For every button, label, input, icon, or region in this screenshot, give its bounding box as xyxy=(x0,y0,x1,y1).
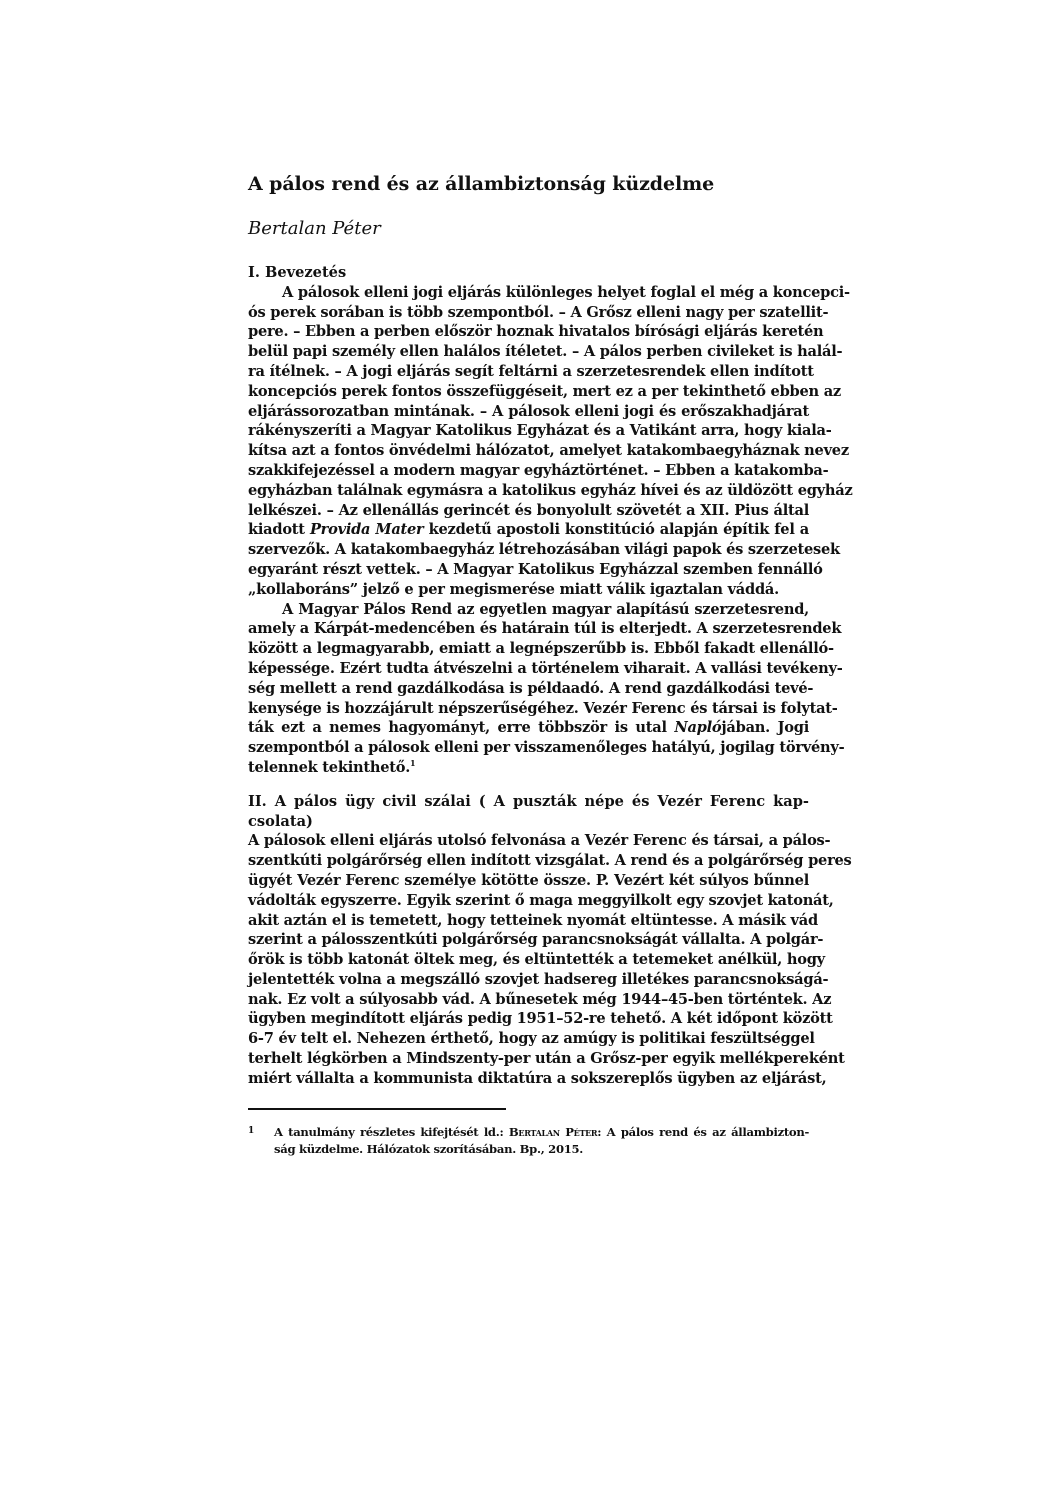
cited-author: Bertalan Péter xyxy=(509,1125,597,1139)
paragraph: A Magyar Pálos Rend az egyetlen magyar a… xyxy=(248,600,809,778)
text-line: ós perek sorában is több szempontból. – … xyxy=(248,303,809,323)
text-line: ügyét Vezér Ferenc személye kötötte össz… xyxy=(248,871,809,891)
text-line: között a legmagyarabb, emiatt a legnépsz… xyxy=(248,639,809,659)
text-line: amely a Kárpát-medencében és határain tú… xyxy=(248,619,809,639)
text-line: csolata) xyxy=(248,812,809,832)
text-line: 6-7 év telt el. Nehezen érthető, hogy az… xyxy=(248,1029,809,1049)
text-line: képessége. Ezért tudta átvészelni a tört… xyxy=(248,659,809,679)
text-line: egyaránt részt vettek. – A Magyar Katoli… xyxy=(248,560,809,580)
text-line: szervezők. A katakombaegyház létrehozásá… xyxy=(248,540,809,560)
section-civil-threads: II. A pálos ügy civil szálai ( A puszták… xyxy=(248,792,809,1089)
text-line: terhelt légkörben a Mindszenty-per után … xyxy=(248,1049,809,1069)
text-line: „kollaboráns” jelző e per megismerése mi… xyxy=(248,580,809,600)
text-line: szakkifejezéssel a modern magyar egyházt… xyxy=(248,461,809,481)
text-line: ügyben megindított eljárás pedig 1951–52… xyxy=(248,1009,809,1029)
text-line: ra ítélnek. – A jogi eljárás segít feltá… xyxy=(248,362,809,382)
footnote-number: 1 xyxy=(248,1124,274,1158)
text-line: ták ezt a nemes hagyományt, erre többszö… xyxy=(248,718,809,738)
footnote-divider xyxy=(248,1108,506,1110)
text-line: jelentették volna a megszálló szovjet ha… xyxy=(248,970,809,990)
paragraph: A pálosok elleni eljárás utolsó felvonás… xyxy=(248,831,809,1088)
footnote-text: A tanulmány részletes kifejtését ld.: Be… xyxy=(274,1124,809,1158)
text-line: szentkúti polgárőrség ellen indított viz… xyxy=(248,851,809,871)
text-line: kenysége is hozzájárult népszerűségéhez.… xyxy=(248,699,809,719)
text-line: egyházban találnak egymásra a katolikus … xyxy=(248,481,809,501)
paragraph: A pálosok elleni jogi eljárás különleges… xyxy=(248,283,809,600)
text-line: telennek tekinthető.1 xyxy=(248,758,809,778)
text-line: szempontból a pálosok elleni per visszam… xyxy=(248,738,809,758)
article-title: A pálos rend és az állambiztonság küzdel… xyxy=(248,170,809,198)
text-line: rákényszeríti a Magyar Katolikus Egyháza… xyxy=(248,421,809,441)
text-line: nak. Ez volt a súlyosabb vád. A bűnesete… xyxy=(248,990,809,1010)
text-line: vádolták egyszerre. Egyik szerint ő maga… xyxy=(248,891,809,911)
text-line: A pálosok elleni jogi eljárás különleges… xyxy=(248,283,809,303)
text-line: miért vállalta a kommunista diktatúra a … xyxy=(248,1069,809,1089)
article-author: Bertalan Péter xyxy=(248,216,809,242)
text-line: akit aztán el is temetett, hogy tetteine… xyxy=(248,911,809,931)
text-line: II. A pálos ügy civil szálai ( A puszták… xyxy=(248,792,809,812)
document-page: A pálos rend és az állambiztonság küzdel… xyxy=(248,170,809,1158)
text-line: A pálosok elleni eljárás utolsó felvonás… xyxy=(248,831,809,851)
text-line: őrök is több katonát öltek meg, és eltün… xyxy=(248,950,809,970)
text-line: kítsa azt a fontos önvédelmi hálózatot, … xyxy=(248,441,809,461)
text-line: belül papi személy ellen halálos ítélete… xyxy=(248,342,809,362)
footnote: 1 A tanulmány részletes kifejtését ld.: … xyxy=(248,1124,809,1158)
text-line: kiadott Provida Mater kezdetű apostoli k… xyxy=(248,520,809,540)
text-line: ség mellett a rend gazdálkodása is példa… xyxy=(248,679,809,699)
section-heading: I. Bevezetés xyxy=(248,263,809,283)
text-line: koncepciós perek fontos összefüggéseit, … xyxy=(248,382,809,402)
footnote-ref[interactable]: 1 xyxy=(410,758,415,768)
text-line: A Magyar Pálos Rend az egyetlen magyar a… xyxy=(248,600,809,620)
text-line: szerint a pálosszentkúti polgárőrség par… xyxy=(248,930,809,950)
section-introduction: I. Bevezetés A pálosok elleni jogi eljár… xyxy=(248,263,809,778)
text-line: pere. – Ebben a perben először hoznak hi… xyxy=(248,322,809,342)
section-heading: II. A pálos ügy civil szálai ( A puszták… xyxy=(248,792,809,832)
text-line: eljárássorozatban mintának. – A pálosok … xyxy=(248,402,809,422)
text-line: lelkészei. – Az ellenállás gerincét és b… xyxy=(248,501,809,521)
